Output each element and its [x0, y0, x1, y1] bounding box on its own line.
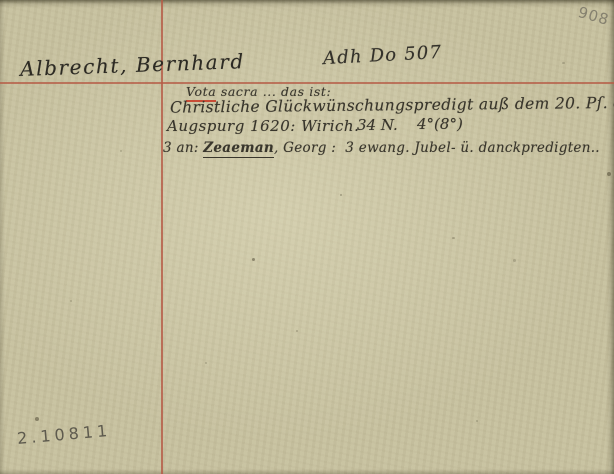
author-heading: Albrecht, Bernhard — [20, 49, 246, 81]
speck — [252, 258, 255, 261]
speck — [70, 300, 72, 302]
speck — [562, 62, 565, 64]
format-statement: 4°(8°) — [417, 115, 463, 133]
speck — [120, 150, 122, 152]
speck — [340, 194, 342, 196]
extent: 34 N. — [357, 116, 398, 134]
catalog-card: 908 Albrecht, Bernhard Adh Do 507 Vota s… — [0, 0, 614, 474]
shelfmark: Adh Do 507 — [323, 42, 443, 69]
speck — [35, 417, 39, 421]
speck — [476, 420, 478, 422]
speck — [452, 237, 455, 239]
speck — [513, 259, 516, 262]
accession-number: 2.10811 — [16, 421, 111, 448]
added-entry-line: 3 an: Zeaeman, Georg : 3 ewang. Jubel- ü… — [163, 140, 614, 156]
imprint: Augspurg 1620: Wirich. — [167, 117, 359, 135]
speck — [607, 172, 611, 176]
added-entry-prefix: 3 an: — [163, 140, 203, 156]
speck — [205, 362, 207, 364]
corner-number: 908 — [576, 3, 611, 29]
speck — [296, 330, 298, 332]
added-entry-rest: , Georg : 3 ewang. Jubel- ü. danckpredig… — [274, 140, 600, 156]
added-entry-name: Zeaeman — [203, 140, 274, 158]
